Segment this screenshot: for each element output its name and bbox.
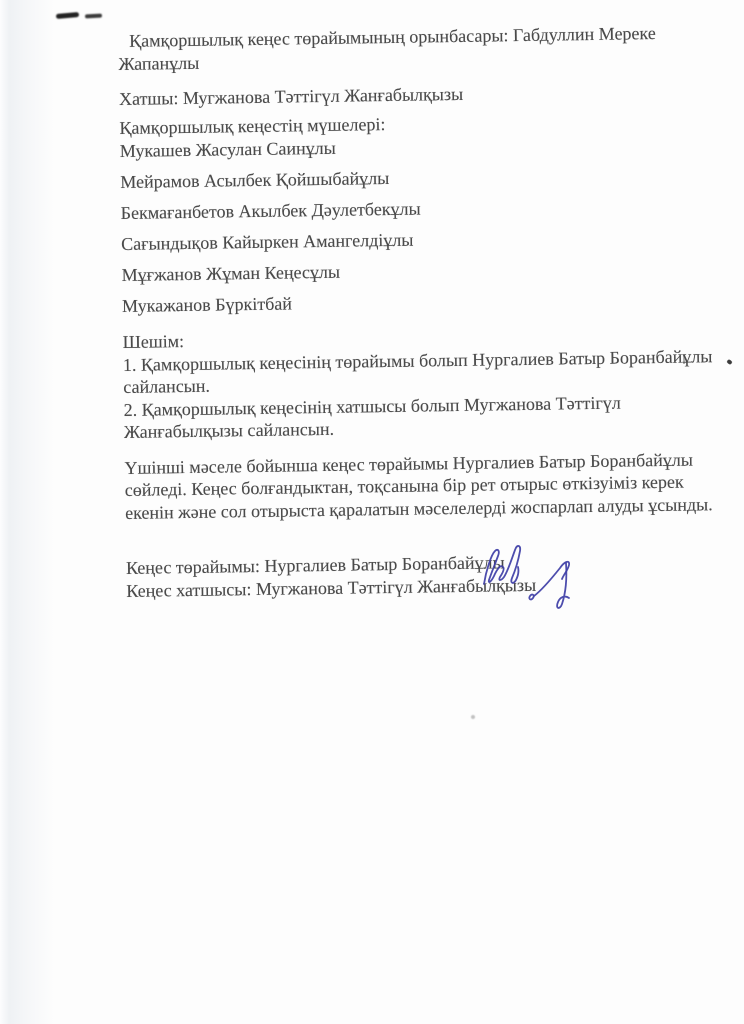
scan-edge-highlight — [0, 0, 10, 1024]
member-name: Бекмағанбетов Акылбек Дәулетбекұлы — [121, 193, 727, 225]
scan-edge-shade — [0, 0, 54, 1024]
scan-speck — [471, 715, 475, 719]
member-name: Мұғжанов Жұман Кеңесұлы — [121, 255, 727, 287]
signature-block: Кеңес төрайымы: Нургалиев Батыр Боранбай… — [126, 548, 733, 603]
secretary-line: Хатшы: Мугжанова Тәттігүл Жанғабылқызы — [119, 79, 725, 111]
member-name: Сағындықов Кайыркен Амангелдіұлы — [121, 224, 727, 256]
member-name: Мукажанов Бүркітбай — [122, 286, 728, 318]
scanned-document-page: Қамқоршылық кеңес төрайымының орынбасары… — [0, 0, 744, 1024]
secretary-paragraph: Хатшы: Мугжанова Тәттігүл Жанғабылқызы — [119, 79, 725, 111]
members-section: Қамқоршылық кеңестің мүшелері: Мукашев Ж… — [119, 108, 728, 318]
decision-section: Шешім: 1. Қамқоршылық кеңесінің төрайымы… — [122, 322, 730, 443]
document-body: Қамқоршылық кеңес төрайымының орынбасары… — [118, 21, 732, 603]
third-issue-paragraph: Үшінші мәселе бойынша кеңес төрайымы Нур… — [124, 447, 731, 524]
ink-smudge — [85, 14, 102, 19]
deputy-chair-paragraph: Қамқоршылық кеңес төрайымының орынбасары… — [118, 21, 725, 76]
ink-smudge — [56, 12, 79, 19]
member-name: Мейрамов Асылбек Қойшыбайұлы — [120, 162, 726, 194]
